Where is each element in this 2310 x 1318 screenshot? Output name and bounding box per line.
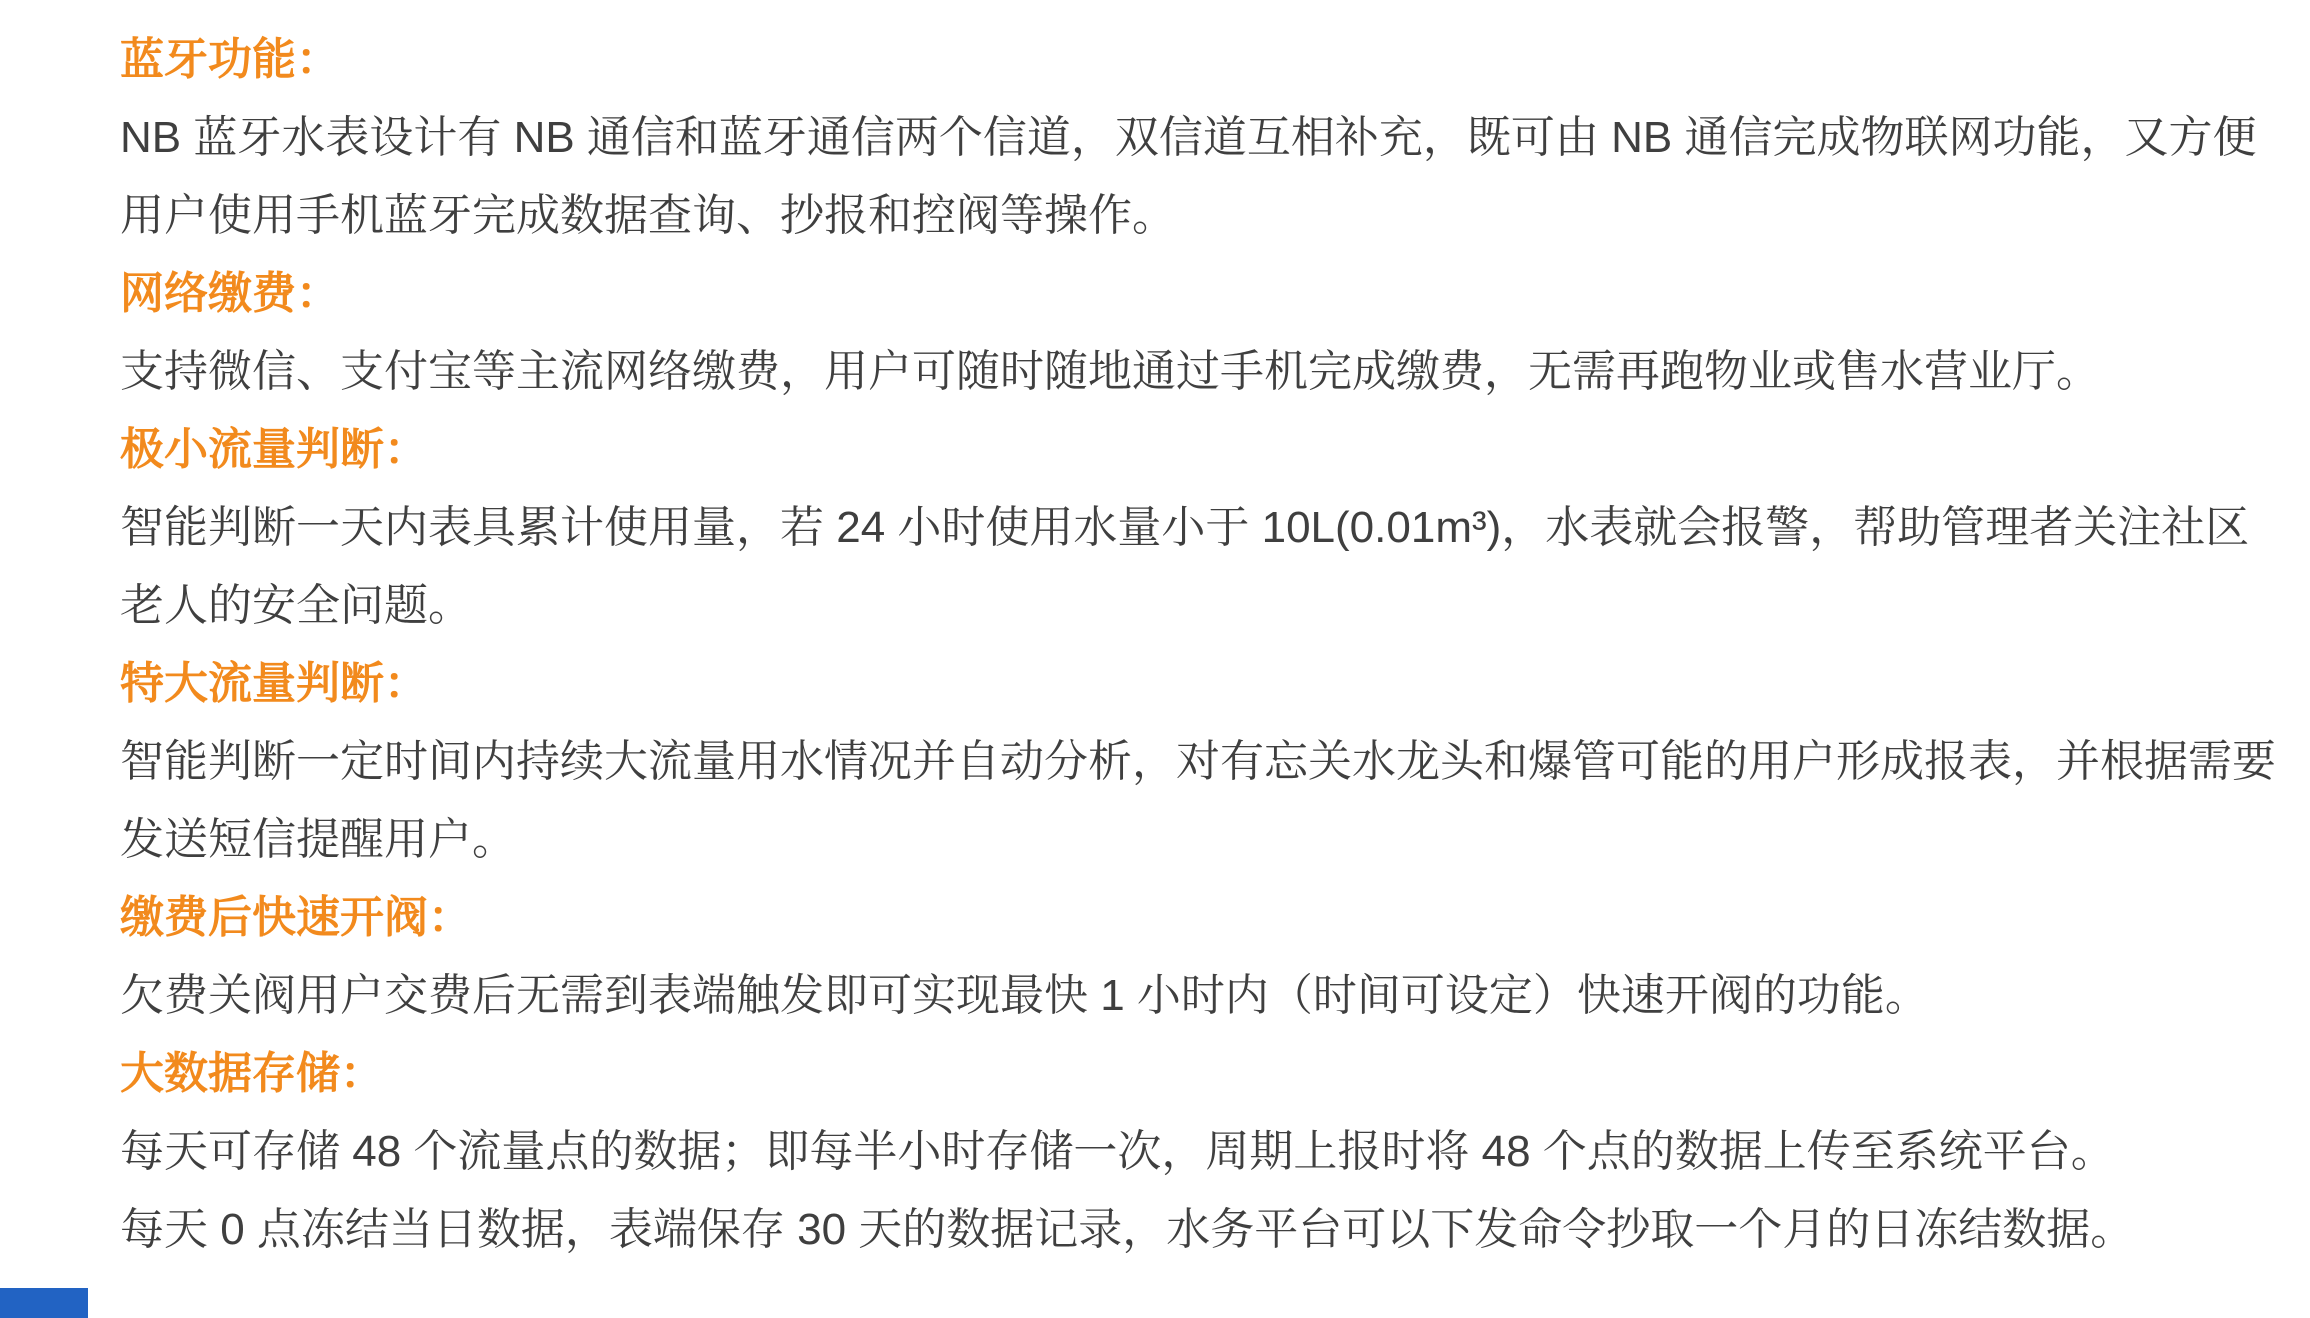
feature-heading-quick-valve-open: 缴费后快速开阀： [120, 879, 2292, 957]
feature-text-big-data-storage-2: 每天 0 点冻结当日数据，表端保存 30 天的数据记录，水务平台可以下发命令抄取… [120, 1191, 2292, 1269]
feature-text-large-flow-detection: 智能判断一定时间内持续大流量用水情况并自动分析，对有忘关水龙头和爆管可能的用户形… [120, 723, 2292, 879]
feature-text-big-data-storage-1: 每天可存储 48 个流量点的数据；即每半小时存储一次，周期上报时将 48 个点的… [120, 1113, 2292, 1191]
feature-heading-tiny-flow-detection: 极小流量判断： [120, 411, 2292, 489]
feature-section-quick-valve-open: 缴费后快速开阀： 欠费关阀用户交费后无需到表端触发即可实现最快 1 小时内（时间… [120, 879, 2292, 1035]
feature-heading-online-payment: 网络缴费： [120, 255, 2292, 333]
feature-section-tiny-flow-detection: 极小流量判断： 智能判断一天内表具累计使用量，若 24 小时使用水量小于 10L… [120, 411, 2292, 645]
feature-text-quick-valve-open: 欠费关阀用户交费后无需到表端触发即可实现最快 1 小时内（时间可设定）快速开阀的… [120, 957, 2292, 1035]
feature-section-online-payment: 网络缴费： 支持微信、支付宝等主流网络缴费，用户可随时随地通过手机完成缴费，无需… [120, 255, 2292, 411]
feature-section-bluetooth: 蓝牙功能： NB 蓝牙水表设计有 NB 通信和蓝牙通信两个信道，双信道互相补充，… [120, 21, 2292, 255]
feature-heading-big-data-storage: 大数据存储： [120, 1035, 2292, 1113]
partial-blue-banner [0, 1288, 88, 1318]
feature-description-body: 蓝牙功能： NB 蓝牙水表设计有 NB 通信和蓝牙通信两个信道，双信道互相补充，… [0, 0, 2310, 1269]
feature-section-big-data-storage: 大数据存储： 每天可存储 48 个流量点的数据；即每半小时存储一次，周期上报时将… [120, 1035, 2292, 1269]
feature-heading-large-flow-detection: 特大流量判断： [120, 645, 2292, 723]
feature-section-large-flow-detection: 特大流量判断： 智能判断一定时间内持续大流量用水情况并自动分析，对有忘关水龙头和… [120, 645, 2292, 879]
feature-text-online-payment: 支持微信、支付宝等主流网络缴费，用户可随时随地通过手机完成缴费，无需再跑物业或售… [120, 333, 2292, 411]
feature-heading-bluetooth: 蓝牙功能： [120, 21, 2292, 99]
feature-text-bluetooth: NB 蓝牙水表设计有 NB 通信和蓝牙通信两个信道，双信道互相补充，既可由 NB… [120, 99, 2292, 255]
feature-text-tiny-flow-detection: 智能判断一天内表具累计使用量，若 24 小时使用水量小于 10L(0.01m³)… [120, 489, 2292, 645]
